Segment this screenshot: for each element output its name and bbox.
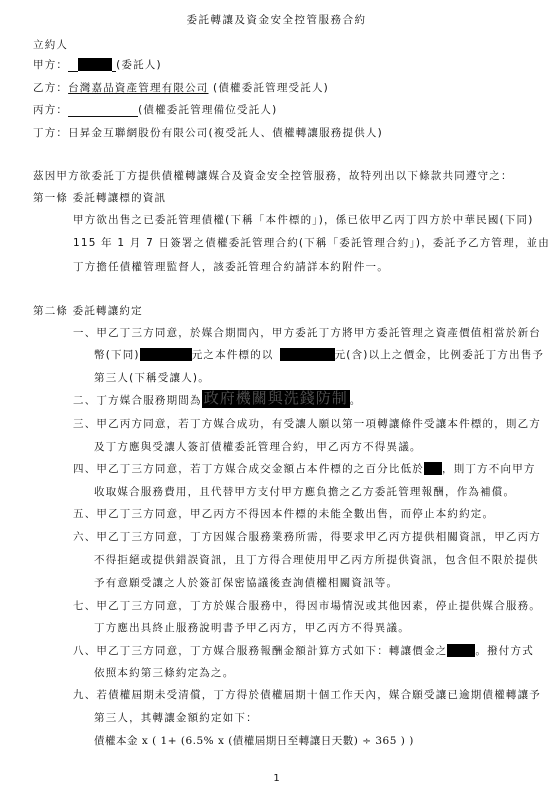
article-1-heading: 第一條 委託轉讓標的資訊 [33, 191, 166, 205]
party-d-text: 日昇金互聯網股份有限公司(複受託人、債權轉讓服務提供人) [68, 127, 383, 139]
clause-1-text: 幣(下同) [94, 349, 140, 361]
clause-7-line: 七、甲乙丁三方同意，丁方於媒合服務中，得因市場情況或其他因素，停止提供媒合服務。 [73, 599, 541, 613]
article-1-line: 甲方欲出售之已委託管理債權(下稱「本件標的」)，係已依甲乙丙丁四方於中華民國(下… [73, 213, 534, 227]
party-c: 丙方：(債權委託管理備位受託人) [33, 103, 277, 117]
preamble: 茲因甲方欲委託丁方提供債權轉讓媒合及資金安全控管服務，故特列出以下條款共同遵守之… [33, 169, 513, 183]
clause-1-text: 元之本件標的以 [192, 349, 274, 361]
clause-4-line: 收取媒合服務費用，且代替甲方支付甲方應負擔之乙方委託管理報酬，作為補償。 [94, 485, 515, 499]
transfer-amount-formula: 債權本金 x ( 1+ (6.5% x (債權屆期日至轉讓日天數) ÷ 365 … [94, 734, 414, 748]
document-title: 委託轉讓及資金安全控管服務合約 [0, 13, 553, 27]
party-b-label: 乙方： [33, 82, 68, 94]
clause-8-line: 八、甲乙丁三方同意，丁方媒合服務報酬金額計算方式如下：轉讓價金之。撥付方式 [73, 644, 534, 658]
party-a-label: 甲方： [33, 59, 68, 71]
party-b-role: (債權委託管理受託人) [209, 82, 329, 94]
clause-1-line: 一、甲乙丁三方同意，於媒合期間內，甲方委託丁方將甲方委託管理之資產價值相當於新台 [73, 326, 541, 340]
clause-8-text: 。撥付方式 [475, 645, 534, 657]
party-c-role: (債權委託管理備位受託人) [138, 104, 277, 116]
redaction-fee-rate [447, 644, 475, 657]
clause-9-line: 九、若債權屆期未受清償，丁方得於債權屆期十個工作天內，媒合願受讓已逾期債權轉讓予 [73, 688, 541, 702]
clause-5-line: 五、甲乙丁三方同意，甲乙丙方不得因本件標的未能全數出售，而停止本約約定。 [73, 507, 494, 521]
party-d-label: 丁方： [33, 127, 68, 139]
parties-heading: 立約人 [33, 38, 68, 52]
clause-1-line: 第三人(下稱受讓人)。 [94, 371, 210, 385]
clause-6-line: 予有意願受讓之人於簽訂保密協議後查詢債權相關資訊等。 [94, 576, 398, 590]
clause-4-text: ，則丁方不向甲方 [442, 463, 536, 475]
party-b-name: 台灣嘉品資產管理有限公司 [68, 82, 208, 94]
party-b: 乙方：台灣嘉品資產管理有限公司 (債權委託管理受託人) [33, 81, 329, 95]
article-1-line: 115 年 1 月 7 日簽署之債權委託管理合約(下稱「委託管理合約」)，委託予… [73, 236, 550, 250]
redaction-service-period: 政府機關與洗錢防制 [202, 390, 350, 408]
clause-7-line: 丁方應出具終止服務說明書予甲乙丙方，甲乙丙方不得異議。 [94, 621, 410, 635]
clause-2-text: 。 [350, 395, 362, 407]
page-number: 1 [0, 772, 553, 786]
party-a-role: (委託人) [116, 59, 162, 71]
redaction-price [280, 348, 335, 361]
clause-2-line: 二、丁方媒合服務期間為政府機關與洗錢防制。 [73, 393, 361, 407]
article-1-line: 丁方擔任債權管理監督人，該委託管理合約請詳本約附件一。 [73, 260, 389, 274]
party-c-blank-line [68, 105, 138, 117]
party-a-blank-line [68, 60, 78, 72]
clause-8-line: 依照本約第三條約定為之。 [94, 666, 234, 680]
clause-1-text: 元(含)以上之價金，比例委託丁方出售予 [335, 349, 545, 361]
clause-6-line: 六、甲乙丁三方同意，丁方因媒合服務業務所需，得要求甲乙丙方提供相關資訊，甲乙丙方 [73, 530, 541, 544]
party-a: 甲方：(委託人) [33, 58, 162, 72]
clause-4-text: 四、甲乙丁三方同意，若丁方媒合成交金額占本件標的之百分比低於 [73, 463, 424, 475]
clause-2-text: 二、丁方媒合服務期間為 [73, 395, 202, 407]
article-2-heading: 第二條 委託轉讓約定 [33, 304, 143, 318]
redaction-asset-value [140, 348, 192, 361]
clause-1-line: 幣(下同)元之本件標的以元(含)以上之價金，比例委託丁方出售予 [94, 348, 544, 362]
clause-3-line: 三、甲乙丙方同意，若丁方媒合成功，有受讓人願以第一項轉讓條件受讓本件標的，則乙方 [73, 417, 541, 431]
redaction-percentage [424, 462, 442, 475]
clause-9-line: 第三人，其轉讓金額約定如下： [94, 711, 258, 725]
clause-4-line: 四、甲乙丁三方同意，若丁方媒合成交金額占本件標的之百分比低於，則丁方不向甲方 [73, 462, 536, 476]
party-d: 丁方：日昇金互聯網股份有限公司(複受託人、債權轉讓服務提供人) [33, 126, 383, 140]
clause-3-line: 及丁方應與受讓人簽訂債權委託管理合約，甲乙丙方不得異議。 [94, 440, 422, 454]
clause-6-line: 不得拒絕或提供錯誤資訊，且丁方得合理使用甲乙丙方所提供資訊，包含但不限於提供 [94, 553, 539, 567]
party-c-label: 丙方： [33, 104, 68, 116]
clause-8-text: 八、甲乙丁三方同意，丁方媒合服務報酬金額計算方式如下：轉讓價金之 [73, 645, 447, 657]
party-a-redaction [78, 58, 112, 71]
